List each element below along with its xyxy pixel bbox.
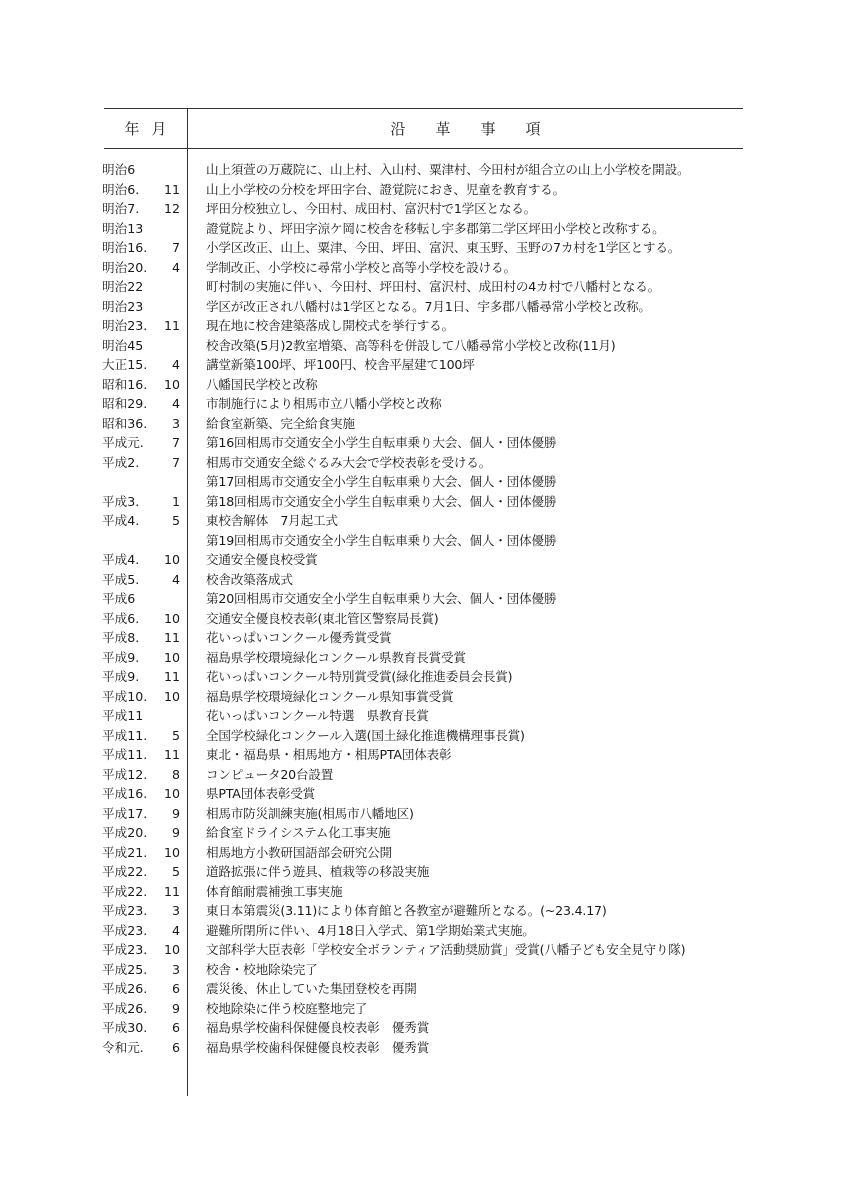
era-cell: 明治13 <box>102 219 143 239</box>
era-cell: 明治23 <box>102 297 143 317</box>
event-cell: 第16回相馬市交通安全小学生自転車乗り大会、個人・団体優勝 <box>206 433 556 453</box>
month-cell: 1 <box>172 492 180 512</box>
era-cell: 平成12. <box>102 765 147 785</box>
month-cell: 6 <box>172 1038 180 1058</box>
era-cell: 平成9. <box>102 648 139 668</box>
event-cell: 小学区改正、山上、粟津、今田、坪田、富沢、東玉野、玉野の7カ村を1学区とする。 <box>206 238 680 258</box>
era-cell: 平成6 <box>102 589 135 609</box>
table-header-rule <box>104 148 743 149</box>
table-row: 明治23学区が改正され八幡村は1学区となる。7月1日、宇多郡八幡尋常小学校と改称… <box>100 297 750 317</box>
month-cell: 7 <box>172 238 180 258</box>
event-cell: 県PTA団体表彰受賞 <box>206 784 315 804</box>
event-cell: 花いっぱいコンクール特選 県教育長賞 <box>206 706 429 726</box>
month-cell: 3 <box>172 960 180 980</box>
table-row: 明治6.11山上小学校の分校を坪田字台、證覚院におき、児童を教育する。 <box>100 180 750 200</box>
event-cell: 全国学校緑化コンクール入選(国土緑化推進機構理事長賞) <box>206 726 525 746</box>
table-row: 平成30.6福島県学校歯科保健優良校表彰 優秀賞 <box>100 1018 750 1038</box>
table-row: 平成20.9給食室ドライシステム化工事実施 <box>100 823 750 843</box>
table-row: 平成23.10文部科学大臣表彰「学校安全ボランティア活動奨励賞」受賞(八幡子ども… <box>100 940 750 960</box>
era-cell: 平成23. <box>102 940 147 960</box>
era-cell: 平成30. <box>102 1018 147 1038</box>
era-cell: 平成元. <box>102 433 144 453</box>
event-cell: 講堂新築100坪、坪100円、校舎平屋建て100坪 <box>206 355 475 375</box>
table-row: 平成5.4校舎改築落成式 <box>100 570 750 590</box>
era-cell: 平成8. <box>102 628 139 648</box>
month-cell: 4 <box>172 570 180 590</box>
month-cell: 10 <box>164 687 180 707</box>
month-cell: 9 <box>172 804 180 824</box>
era-cell: 昭和29. <box>102 394 147 414</box>
month-cell: 5 <box>172 862 180 882</box>
header-event-column: 沿革事項 <box>188 108 743 148</box>
event-cell: 相馬市交通安全総ぐるみ大会で学校表彰を受ける。 <box>206 453 491 473</box>
month-cell: 11 <box>164 316 180 336</box>
era-cell: 平成26. <box>102 979 147 999</box>
table-row: 平成23.3東日本第震災(3.11)により体育館と各教室が避難所となる。(~23… <box>100 901 750 921</box>
event-cell: 坪田分校独立し、今田村、成田村、富沢村で1学区となる。 <box>206 199 536 219</box>
event-cell: 現在地に校舎建築落成し開校式を挙行する。 <box>206 316 454 336</box>
era-cell: 平成9. <box>102 667 139 687</box>
event-cell: 花いっぱいコンクール優秀賞受賞 <box>206 628 391 648</box>
event-cell: 證覚院より、坪田字涼ケ岡に校舎を移転し宇多郡第二学区坪田小学校と改称する。 <box>206 219 665 239</box>
month-cell: 10 <box>164 375 180 395</box>
month-cell: 9 <box>172 823 180 843</box>
event-cell: 山上須萱の万蔵院に、山上村、入山村、粟津村、今田村が組合立の山上小学校を開設。 <box>206 160 689 180</box>
table-row: 明治16.7小学区改正、山上、粟津、今田、坪田、富沢、東玉野、玉野の7カ村を1学… <box>100 238 750 258</box>
history-table-body: 明治6山上須萱の万蔵院に、山上村、入山村、粟津村、今田村が組合立の山上小学校を開… <box>100 160 750 1057</box>
era-cell: 平成21. <box>102 843 147 863</box>
table-row: 令和元.6福島県学校歯科保健優良校表彰 優秀賞 <box>100 1038 750 1058</box>
era-cell: 平成6. <box>102 609 139 629</box>
event-cell: 第20回相馬市交通安全小学生自転車乗り大会、個人・団体優勝 <box>206 589 556 609</box>
event-cell: 山上小学校の分校を坪田字台、證覚院におき、児童を教育する。 <box>206 180 565 200</box>
era-cell: 平成22. <box>102 862 147 882</box>
event-cell: 交通安全優良校受賞 <box>206 550 318 570</box>
table-row: 昭和29.4市制施行により相馬市立八幡小学校と改称 <box>100 394 750 414</box>
table-row: 平成16.10県PTA団体表彰受賞 <box>100 784 750 804</box>
table-row: 昭和36.3給食室新築、完全給食実施 <box>100 414 750 434</box>
event-cell: 東校舎解体 7月起工式 <box>206 511 338 531</box>
month-cell: 10 <box>164 609 180 629</box>
event-cell: 花いっぱいコンクール特別賞受賞(緑化推進委員会長賞) <box>206 667 512 687</box>
event-cell: 福島県学校歯科保健優良校表彰 優秀賞 <box>206 1038 429 1058</box>
era-cell: 大正15. <box>102 355 147 375</box>
table-row: 明治22町村制の実施に伴い、今田村、坪田村、富沢村、成田村の4カ村で八幡村となる… <box>100 277 750 297</box>
event-cell: 校舎改築落成式 <box>206 570 293 590</box>
table-row: 平成4.5東校舎解体 7月起工式 <box>100 511 750 531</box>
month-cell: 4 <box>172 921 180 941</box>
table-row: 平成11.11東北・福島県・相馬地方・相馬PTA団体表彰 <box>100 745 750 765</box>
event-cell: 校舎・校地除染完了 <box>206 960 318 980</box>
month-cell: 7 <box>172 433 180 453</box>
table-row: 平成9.10福島県学校環境緑化コンクール県教育長賞受賞 <box>100 648 750 668</box>
era-cell: 令和元. <box>102 1038 144 1058</box>
month-cell: 6 <box>172 979 180 999</box>
month-cell: 11 <box>164 628 180 648</box>
table-row: 平成8.11花いっぱいコンクール優秀賞受賞 <box>100 628 750 648</box>
era-cell: 明治16. <box>102 238 147 258</box>
month-cell: 11 <box>164 882 180 902</box>
event-cell: 学区が改正され八幡村は1学区となる。7月1日、宇多郡八幡尋常小学校と改称。 <box>206 297 651 317</box>
era-cell: 平成23. <box>102 901 147 921</box>
header-date-column: 年月 <box>104 108 187 148</box>
era-cell: 平成3. <box>102 492 139 512</box>
table-row: 平成3.1第18回相馬市交通安全小学生自転車乗り大会、個人・団体優勝 <box>100 492 750 512</box>
event-cell: 第19回相馬市交通安全小学生自転車乗り大会、個人・団体優勝 <box>206 531 556 551</box>
month-cell: 8 <box>172 765 180 785</box>
event-cell: 福島県学校環境緑化コンクール県教育長賞受賞 <box>206 648 466 668</box>
table-row: 明治6山上須萱の万蔵院に、山上村、入山村、粟津村、今田村が組合立の山上小学校を開… <box>100 160 750 180</box>
table-row: 平成23.4避難所閉所に伴い、4月18日入学式、第1学期始業式実施。 <box>100 921 750 941</box>
month-cell: 12 <box>164 199 180 219</box>
era-cell: 明治45 <box>102 336 143 356</box>
event-cell: 相馬地方小教研国語部会研究公開 <box>206 843 392 863</box>
month-cell: 10 <box>164 784 180 804</box>
table-row: 平成17.9相馬市防災訓練実施(相馬市八幡地区) <box>100 804 750 824</box>
event-cell: 校舎改築(5月)2教室増築、高等科を併設して八幡尋常小学校と改称(11月) <box>206 336 616 356</box>
table-row: 明治13證覚院より、坪田字涼ケ岡に校舎を移転し宇多郡第二学区坪田小学校と改称する… <box>100 219 750 239</box>
event-cell: 福島県学校環境緑化コンクール県知事賞受賞 <box>206 687 453 707</box>
month-cell: 3 <box>172 414 180 434</box>
era-cell: 平成4. <box>102 550 139 570</box>
event-cell: 道路拡張に伴う遊具、植栽等の移設実施 <box>206 862 429 882</box>
event-cell: 東日本第震災(3.11)により体育館と各教室が避難所となる。(~23.4.17) <box>206 901 607 921</box>
table-row: 昭和16.10八幡国民学校と改称 <box>100 375 750 395</box>
era-cell: 平成11. <box>102 726 147 746</box>
table-row: 平成22.11体育館耐震補強工事実施 <box>100 882 750 902</box>
era-cell: 平成25. <box>102 960 147 980</box>
table-row: 明治7.12坪田分校独立し、今田村、成田村、富沢村で1学区となる。 <box>100 199 750 219</box>
era-cell: 昭和36. <box>102 414 147 434</box>
event-cell: 交通安全優良校表彰(東北管区警察局長賞) <box>206 609 439 629</box>
era-cell: 明治20. <box>102 258 147 278</box>
month-cell: 5 <box>172 511 180 531</box>
event-cell: 文部科学大臣表彰「学校安全ボランティア活動奨励賞」受賞(八幡子ども安全見守り隊) <box>206 940 685 960</box>
table-row: 第17回相馬市交通安全小学生自転車乗り大会、個人・団体優勝 <box>100 472 750 492</box>
event-cell: 八幡国民学校と改称 <box>206 375 318 395</box>
era-cell: 平成11. <box>102 745 147 765</box>
month-cell: 10 <box>164 843 180 863</box>
table-row: 平成11.5全国学校緑化コンクール入選(国土緑化推進機構理事長賞) <box>100 726 750 746</box>
table-row: 平成6第20回相馬市交通安全小学生自転車乗り大会、個人・団体優勝 <box>100 589 750 609</box>
table-row: 平成2.7相馬市交通安全総ぐるみ大会で学校表彰を受ける。 <box>100 453 750 473</box>
table-row: 平成26.6震災後、休止していた集団登校を再開 <box>100 979 750 999</box>
month-cell: 10 <box>164 648 180 668</box>
era-cell: 明治6. <box>102 180 139 200</box>
table-row: 平成6.10交通安全優良校表彰(東北管区警察局長賞) <box>100 609 750 629</box>
event-cell: 第18回相馬市交通安全小学生自転車乗り大会、個人・団体優勝 <box>206 492 556 512</box>
event-cell: 給食室新築、完全給食実施 <box>206 414 355 434</box>
era-cell: 平成10. <box>102 687 147 707</box>
month-cell: 11 <box>164 180 180 200</box>
month-cell: 4 <box>172 258 180 278</box>
table-row: 平成9.11花いっぱいコンクール特別賞受賞(緑化推進委員会長賞) <box>100 667 750 687</box>
event-cell: 町村制の実施に伴い、今田村、坪田村、富沢村、成田村の4カ村で八幡村となる。 <box>206 277 660 297</box>
era-cell: 明治23. <box>102 316 147 336</box>
era-cell: 平成26. <box>102 999 147 1019</box>
era-cell: 平成17. <box>102 804 147 824</box>
era-cell: 平成16. <box>102 784 147 804</box>
month-cell: 3 <box>172 901 180 921</box>
era-cell: 明治7. <box>102 199 139 219</box>
month-cell: 4 <box>172 394 180 414</box>
event-cell: 福島県学校歯科保健優良校表彰 優秀賞 <box>206 1018 429 1038</box>
event-cell: 学制改正、小学校に尋常小学校と高等小学校を設ける。 <box>206 258 516 278</box>
table-row: 明治45校舎改築(5月)2教室増築、高等科を併設して八幡尋常小学校と改称(11月… <box>100 336 750 356</box>
event-cell: 体育館耐震補強工事実施 <box>206 882 342 902</box>
month-cell: 4 <box>172 355 180 375</box>
event-cell: 第17回相馬市交通安全小学生自転車乗り大会、個人・団体優勝 <box>206 472 556 492</box>
table-row: 平成21.10相馬地方小教研国語部会研究公開 <box>100 843 750 863</box>
table-row: 大正15.4講堂新築100坪、坪100円、校舎平屋建て100坪 <box>100 355 750 375</box>
era-cell: 明治6 <box>102 160 135 180</box>
table-row: 平成25.3校舎・校地除染完了 <box>100 960 750 980</box>
era-cell: 平成11 <box>102 706 143 726</box>
table-row: 平成元.7第16回相馬市交通安全小学生自転車乗り大会、個人・団体優勝 <box>100 433 750 453</box>
table-row: 平成22.5道路拡張に伴う遊具、植栽等の移設実施 <box>100 862 750 882</box>
table-row: 平成12.8コンピュータ20台設置 <box>100 765 750 785</box>
event-cell: コンピュータ20台設置 <box>206 765 333 785</box>
event-cell: 避難所閉所に伴い、4月18日入学式、第1学期始業式実施。 <box>206 921 535 941</box>
month-cell: 11 <box>164 667 180 687</box>
table-row: 明治23.11現在地に校舎建築落成し開校式を挙行する。 <box>100 316 750 336</box>
month-cell: 5 <box>172 726 180 746</box>
table-row: 平成4.10交通安全優良校受賞 <box>100 550 750 570</box>
table-row: 平成26.9校地除染に伴う校庭整地完了 <box>100 999 750 1019</box>
event-cell: 給食室ドライシステム化工事実施 <box>206 823 390 843</box>
era-cell: 平成23. <box>102 921 147 941</box>
table-row: 明治20.4学制改正、小学校に尋常小学校と高等小学校を設ける。 <box>100 258 750 278</box>
era-cell: 昭和16. <box>102 375 147 395</box>
event-cell: 相馬市防災訓練実施(相馬市八幡地区) <box>206 804 414 824</box>
table-row: 平成10.10福島県学校環境緑化コンクール県知事賞受賞 <box>100 687 750 707</box>
era-cell: 平成2. <box>102 453 139 473</box>
era-cell: 平成5. <box>102 570 139 590</box>
month-cell: 6 <box>172 1018 180 1038</box>
era-cell: 平成22. <box>102 882 147 902</box>
table-row: 第19回相馬市交通安全小学生自転車乗り大会、個人・団体優勝 <box>100 531 750 551</box>
month-cell: 9 <box>172 999 180 1019</box>
table-row: 平成11花いっぱいコンクール特選 県教育長賞 <box>100 706 750 726</box>
month-cell: 10 <box>164 940 180 960</box>
month-cell: 10 <box>164 550 180 570</box>
era-cell: 明治22 <box>102 277 143 297</box>
month-cell: 11 <box>164 745 180 765</box>
event-cell: 震災後、休止していた集団登校を再開 <box>206 979 417 999</box>
month-cell: 7 <box>172 453 180 473</box>
history-page: 年月 沿革事項 明治6山上須萱の万蔵院に、山上村、入山村、粟津村、今田村が組合立… <box>0 0 849 1200</box>
event-cell: 校地除染に伴う校庭整地完了 <box>206 999 367 1019</box>
era-cell: 平成4. <box>102 511 139 531</box>
era-cell: 平成20. <box>102 823 147 843</box>
event-cell: 市制施行により相馬市立八幡小学校と改称 <box>206 394 441 414</box>
event-cell: 東北・福島県・相馬地方・相馬PTA団体表彰 <box>206 745 451 765</box>
